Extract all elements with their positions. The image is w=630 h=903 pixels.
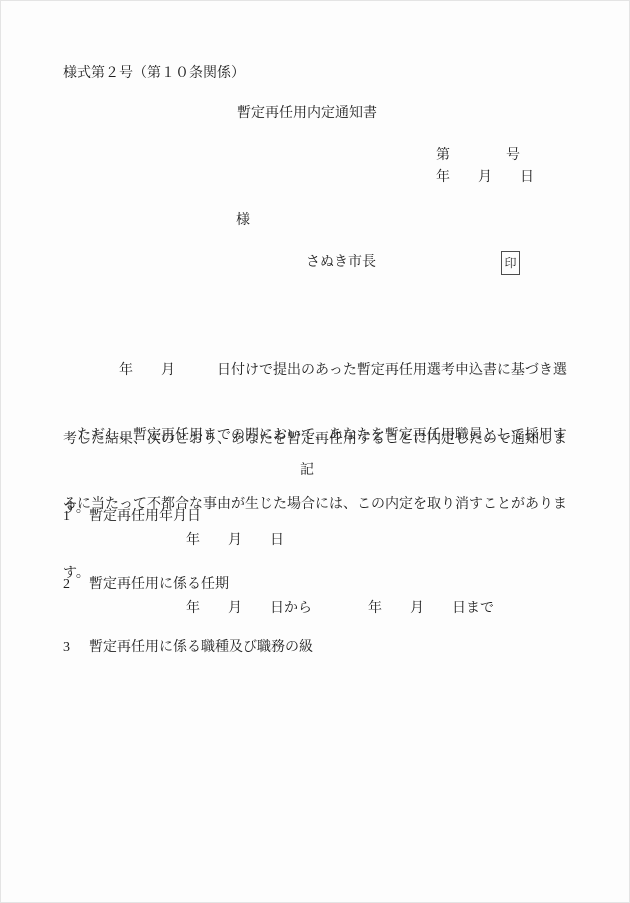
sender-name: さぬき市長 [306,255,376,271]
body-paragraph-2: ただし、暫定再任用までの間において、あなたを暫定再任用職員として採用す るに当た… [63,378,593,631]
list-item-3: 3 暫定再任用に係る職種及び職務の級 [63,640,313,656]
document-title: 暫定再任用内定通知書 [1,106,613,122]
item-number: 3 [63,640,89,656]
paragraph-line: ただし、暫定再任用までの間において、あなたを暫定再任用職員として採用す [63,424,593,447]
seal-label: 印 [504,257,516,269]
item-label: 暫定再任用に係る職種及び職務の級 [89,640,313,656]
document-date-line: 年 月 日 [436,170,534,186]
seal-stamp-box: 印 [501,251,520,275]
addressee-suffix: 様 [236,213,250,229]
list-item-1: 1 暫定再任用年月日 [63,509,201,525]
item-1-detail: 年 月 日 [186,533,284,549]
record-marker: 記 [1,463,613,479]
item-number: 1 [63,509,89,525]
form-number: 様式第２号（第１０条関係） [63,66,245,82]
document-number-line: 第 号 [436,148,520,164]
list-item-2: 2 暫定再任用に係る任期 [63,577,229,593]
item-number: 2 [63,577,89,593]
item-label: 暫定再任用年月日 [89,509,201,525]
item-label: 暫定再任用に係る任期 [89,577,229,593]
item-2-detail: 年 月 日から 年 月 日まで [186,601,494,617]
document-page: 様式第２号（第１０条関係） 暫定再任用内定通知書 第 号 年 月 日 様 さぬき… [0,0,630,903]
